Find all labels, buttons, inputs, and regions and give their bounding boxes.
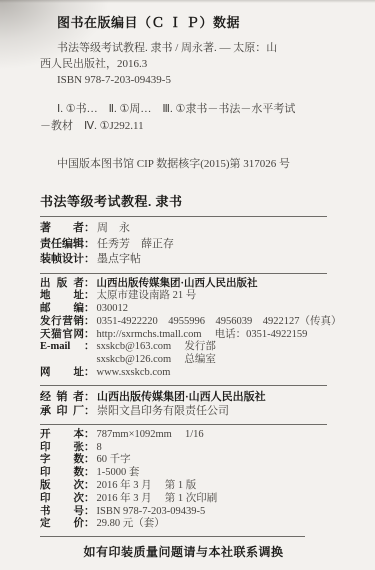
label-colon: ：: [84, 429, 95, 442]
cip-isbn: ISBN 978-7-203-09439-5: [57, 72, 327, 88]
field-value: 787mm×1092mm 1/16: [95, 429, 204, 442]
book-title: 书法等级考试教程. 隶书: [40, 194, 327, 210]
field-label: 开本: [40, 429, 84, 442]
field-label: 天猫官网: [40, 329, 84, 342]
label-colon: ：: [84, 404, 95, 419]
pub-row-email-2: ： sxskcb@126.com 总编室: [40, 354, 327, 367]
field-value: http://sxrmchs.tmall.com 电话：0351-4922159: [95, 329, 308, 342]
field-value: sxskcb@163.com 发行部: [95, 341, 216, 354]
pub-row-publisher: 出版者： 山西出版传媒集团·山西人民出版社: [40, 278, 327, 291]
spec-row-price: 定价： 29.80 元（套）: [40, 518, 327, 531]
field-label: 发行营销: [40, 316, 84, 329]
label-colon: ：: [84, 252, 95, 268]
label-colon: ：: [84, 506, 95, 519]
field-label: E-mail: [40, 341, 84, 354]
field-label: 地址: [40, 290, 84, 303]
field-value: 山西出版传媒集团·山西人民出版社: [95, 278, 258, 291]
field-value: 周 永: [95, 221, 130, 237]
field-value: 60 千字: [95, 454, 131, 467]
cip-heading: 图书在版编目（Ｃ Ｉ Ｐ）数据: [57, 15, 327, 31]
credit-row-design: 装帧设计： 墨点字帖: [40, 252, 327, 268]
pub-row-website: 网址： www.sxskcb.com: [40, 367, 327, 380]
spec-row-isbn: 书号： ISBN 978-7-203-09439-5: [40, 506, 327, 519]
pub-row-address: 地址： 太原市建设南路 21 号: [40, 290, 327, 303]
label-colon: ：: [84, 290, 95, 303]
spec-row-printrun: 印数： 1-5000 套: [40, 467, 327, 480]
field-value: 29.80 元（套）: [95, 518, 165, 531]
field-label: 出版者: [40, 278, 84, 291]
spec-row-sheets: 印张： 8: [40, 442, 327, 455]
label-colon: ：: [84, 316, 95, 329]
credit-row-editor: 责任编辑： 任秀芳 薛正存: [40, 237, 327, 253]
cip-class-line2: －教材 Ⅳ. ①J292.11: [40, 118, 327, 135]
copyright-page: 图书在版编目（Ｃ Ｉ Ｐ）数据 书法等级考试教程. 隶书 / 周永著. — 太原…: [0, 0, 375, 570]
label-colon: ：: [84, 221, 95, 237]
field-label: 字数: [40, 454, 84, 467]
field-value: 2016 年 3 月 第 1 次印刷: [95, 493, 218, 506]
field-value: 8: [95, 442, 102, 455]
label-colon: ：: [84, 442, 95, 455]
cip-classification: Ⅰ. ①书… Ⅱ. ①周… Ⅲ. ①隶书－书法－水平考试 －教材 Ⅳ. ①J29…: [40, 101, 327, 135]
field-label: 责任编辑: [40, 237, 84, 253]
label-colon: ：: [84, 341, 95, 354]
field-label: 网址: [40, 367, 84, 380]
field-label: 印数: [40, 467, 84, 480]
field-value: ISBN 978-7-203-09439-5: [95, 506, 206, 519]
label-colon: ：: [84, 493, 95, 506]
label-colon: ：: [84, 278, 95, 291]
field-label: 邮编: [40, 303, 84, 316]
field-label: 印张: [40, 442, 84, 455]
credit-row-author: 著者： 周 永: [40, 221, 327, 237]
pub-row-email-1: E-mail： sxskcb@163.com 发行部: [40, 341, 327, 354]
label-colon: ：: [84, 454, 95, 467]
label-colon: ：: [84, 237, 95, 253]
label-colon: ：: [84, 329, 95, 342]
field-value: 崇阳文昌印务有限责任公司: [95, 404, 229, 419]
field-value: 任秀芳 薛正存: [95, 237, 174, 253]
spec-row-wordcount: 字数： 60 千字: [40, 454, 327, 467]
field-value: 2016 年 3 月 第 1 版: [95, 480, 197, 493]
field-value: 山西出版传媒集团·山西人民出版社: [95, 390, 266, 405]
distribution-section: 经销者： 山西出版传媒集团·山西人民出版社 承印厂： 崇阳文昌印务有限责任公司: [40, 386, 327, 424]
field-label: 书号: [40, 506, 84, 519]
pub-row-marketing-phones: 发行营销： 0351-4922220 4955996 4956039 49221…: [40, 316, 327, 329]
cip-class-line1: Ⅰ. ①书… Ⅱ. ①周… Ⅲ. ①隶书－书法－水平考试: [57, 101, 327, 118]
label-colon: ：: [84, 303, 95, 316]
cip-entry-line2: 西人民出版社，2016.3: [40, 56, 327, 72]
cip-record-number: 中国版本图书馆 CIP 数据核字(2015)第 317026 号: [57, 156, 327, 172]
label-colon: ：: [84, 480, 95, 493]
spec-row-impression: 印次： 2016 年 3 月 第 1 次印刷: [40, 493, 327, 506]
cip-entry-line1: 书法等级考试教程. 隶书 / 周永著. — 太原：山: [57, 40, 327, 56]
pub-row-tmall: 天猫官网： http://sxrmchs.tmall.com 电话：0351-4…: [40, 329, 327, 342]
publishing-section: 出版者： 山西出版传媒集团·山西人民出版社 地址： 太原市建设南路 21 号 邮…: [40, 274, 327, 385]
field-label: 经销者: [40, 390, 84, 405]
label-colon: ：: [84, 390, 95, 405]
field-label: 承印厂: [40, 404, 84, 419]
field-value: sxskcb@126.com 总编室: [95, 354, 216, 367]
field-value: 太原市建设南路 21 号: [95, 290, 197, 303]
spec-row-edition: 版次： 2016 年 3 月 第 1 版: [40, 480, 327, 493]
field-label: 版次: [40, 480, 84, 493]
quality-notice: 如有印装质量问题请与本社联系调换: [40, 544, 327, 560]
pub-row-postcode: 邮编： 030012: [40, 303, 327, 316]
dist-row-distributor: 经销者： 山西出版传媒集团·山西人民出版社: [40, 390, 327, 405]
spec-row-format: 开本： 787mm×1092mm 1/16: [40, 429, 327, 442]
cip-catalog-entry: 书法等级考试教程. 隶书 / 周永著. — 太原：山 西人民出版社，2016.3…: [40, 40, 327, 88]
field-value: 1-5000 套: [95, 467, 140, 480]
field-value: 墨点字帖: [95, 252, 141, 268]
field-label: 装帧设计: [40, 252, 84, 268]
specs-section: 开本： 787mm×1092mm 1/16 印张： 8 字数： 60 千字 印数…: [40, 425, 327, 536]
dist-row-printer: 承印厂： 崇阳文昌印务有限责任公司: [40, 404, 327, 419]
credits-section: 著者： 周 永 责任编辑： 任秀芳 薛正存 装帧设计： 墨点字帖: [40, 217, 327, 273]
divider: [40, 536, 305, 537]
field-value: 0351-4922220 4955996 4956039 4922127（传真）: [95, 316, 342, 329]
label-colon: ：: [84, 467, 95, 480]
field-label: 定价: [40, 518, 84, 531]
label-colon: ：: [84, 367, 95, 380]
label-colon: ：: [84, 518, 95, 531]
field-value: www.sxskcb.com: [95, 367, 171, 380]
field-value: 030012: [95, 303, 129, 316]
field-label: 印次: [40, 493, 84, 506]
field-label: 著者: [40, 221, 84, 237]
